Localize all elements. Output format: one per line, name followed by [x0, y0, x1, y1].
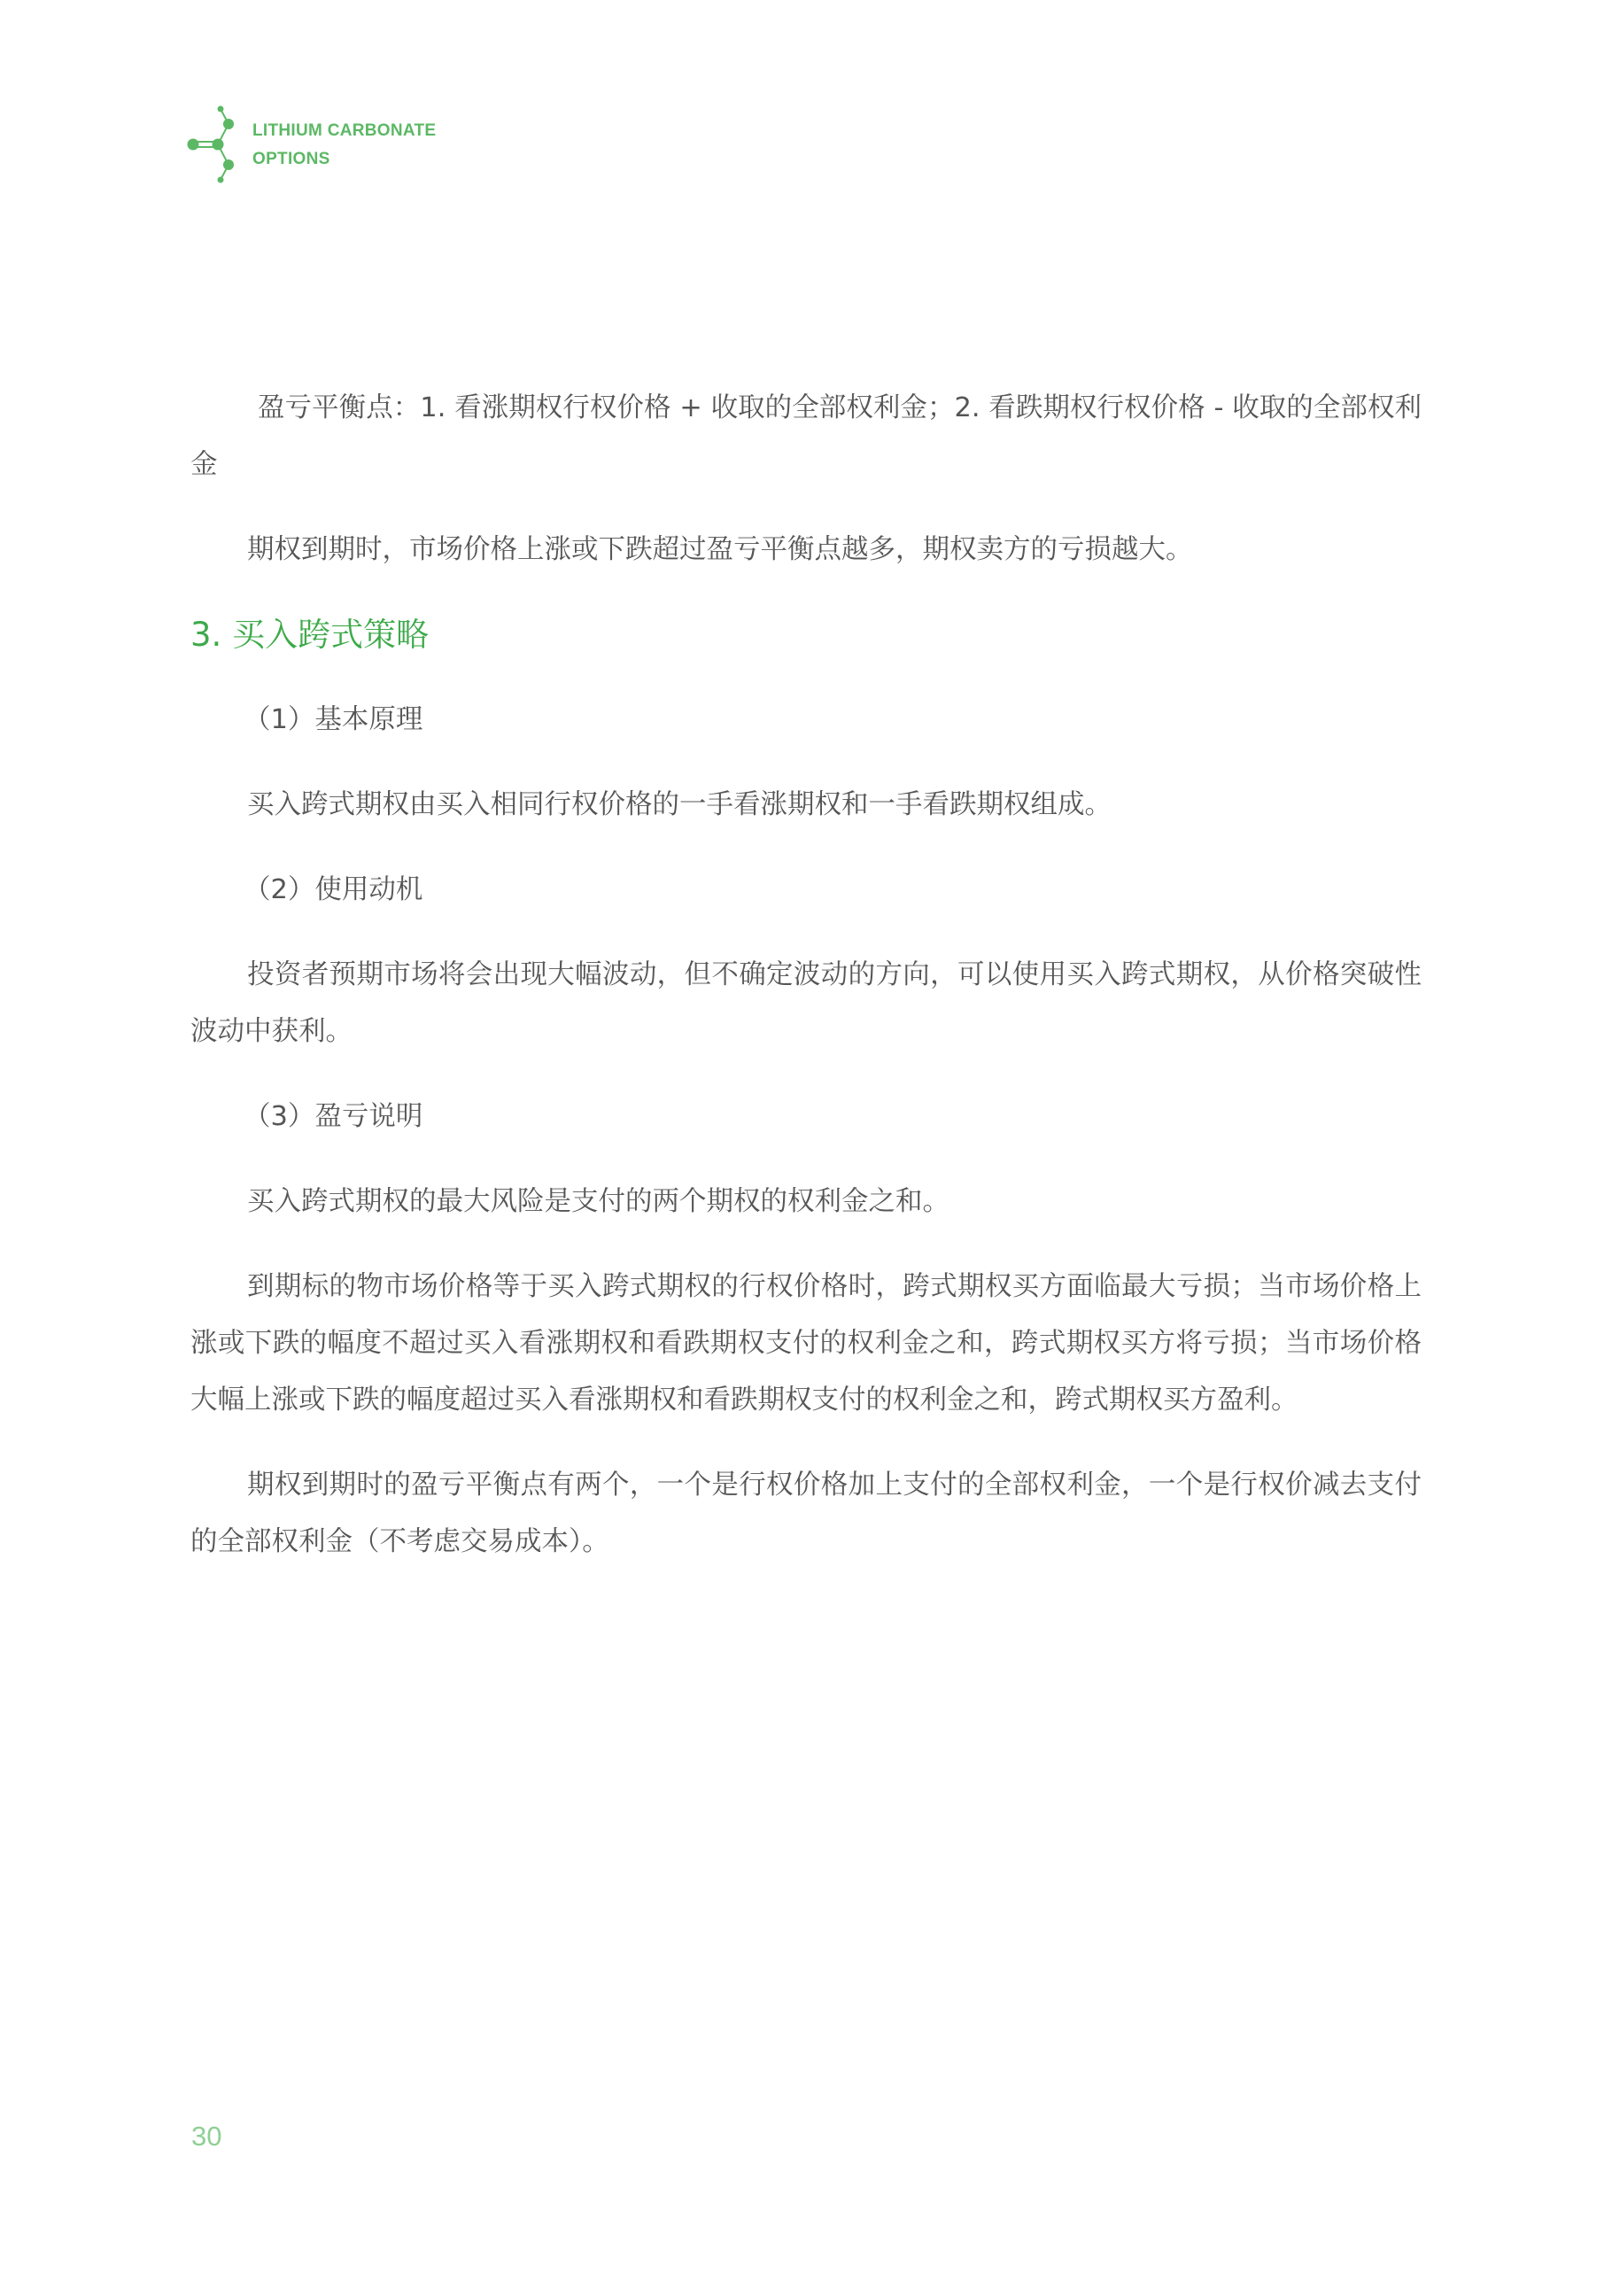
page-number: 30 — [191, 2119, 221, 2154]
paragraph-profit-loss-detail: 到期标的物市场价格等于买入跨式期权的行权价格时，跨式期权买方面临最大亏损；当市场… — [190, 1259, 1422, 1429]
header-logo: LITHIUM CARBONATE OPTIONS — [182, 97, 465, 186]
logo-line-1: LITHIUM CARBONATE — [252, 117, 436, 145]
document-body: 盈亏平衡点：1. 看涨期权行权价格 + 收取的全部权利金；2. 看跌期权行权价格… — [190, 380, 1422, 1599]
paragraph-breakeven: 盈亏平衡点：1. 看涨期权行权价格 + 收取的全部权利金；2. 看跌期权行权价格… — [190, 380, 1422, 493]
paragraph-basic-principle: 买入跨式期权由买入相同行权价格的一手看涨期权和一手看跌期权组成。 — [190, 777, 1422, 834]
paragraph-breakeven-points: 期权到期时的盈亏平衡点有两个，一个是行权价格加上支付的全部权利金，一个是行权价减… — [190, 1457, 1422, 1571]
subheading-profit-loss: （3）盈亏说明 — [190, 1089, 1422, 1145]
logo-text: LITHIUM CARBONATE OPTIONS — [252, 117, 436, 174]
subheading-basic-principle: （1）基本原理 — [190, 692, 1422, 749]
paragraph-motivation: 投资者预期市场将会出现大幅波动，但不确定波动的方向，可以使用买入跨式期权，从价格… — [190, 947, 1422, 1060]
subheading-motivation: （2）使用动机 — [190, 862, 1422, 919]
section-heading: 3. 买入跨式策略 — [190, 607, 1422, 663]
paragraph-max-risk: 买入跨式期权的最大风险是支付的两个期权的权利金之和。 — [190, 1174, 1422, 1230]
paragraph-expiry-loss: 期权到期时，市场价格上涨或下跌超过盈亏平衡点越多，期权卖方的亏损越大。 — [190, 522, 1422, 578]
logo-line-2: OPTIONS — [252, 145, 436, 174]
molecule-icon — [182, 97, 244, 186]
